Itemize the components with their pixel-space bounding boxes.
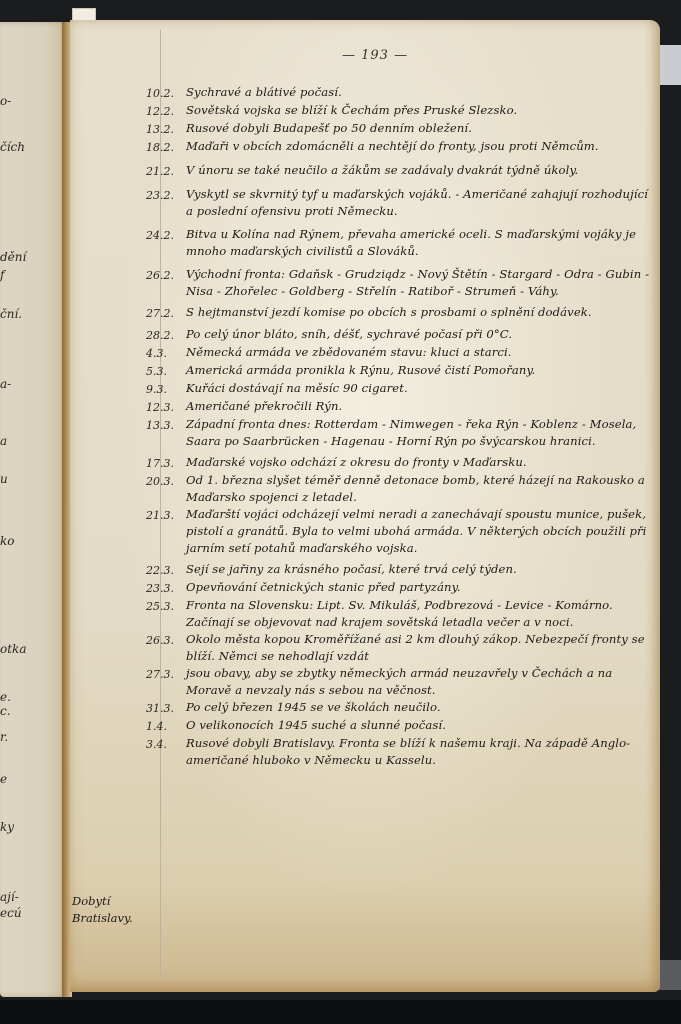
left-page-fragment: e. (0, 690, 11, 704)
page-number: — 193 — (342, 48, 408, 63)
left-page-fragment: ají- (0, 890, 19, 904)
entry-text: Sejí se jařiny za krásného počasí, které… (186, 561, 652, 578)
entry: 27.2.S hejtmanství jezdí komise po obcíc… (146, 304, 652, 322)
left-page: o- čích dění f ční. a- a u ko otka e. c.… (0, 22, 66, 997)
entry-text: Západní fronta dnes: Rotterdam - Nimwege… (186, 416, 652, 450)
left-page-fragment: ky (0, 820, 14, 834)
entry-text: Od 1. března slyšet téměř denně detonace… (186, 472, 652, 506)
margin-note-line: Bratislavy. (72, 910, 142, 927)
entry: 23.3.Opevňování četnických stanic před p… (146, 579, 652, 597)
entry-date: 27.3. (146, 665, 186, 683)
entry-date: 3.4. (146, 735, 186, 753)
entry: 25.3.Fronta na Slovensku: Lipt. Sv. Miku… (146, 597, 652, 631)
entry: 17.3.Maďarské vojsko odchází z okresu do… (146, 454, 652, 472)
entry-date: 17.3. (146, 454, 186, 472)
left-page-fragment: r. (0, 730, 8, 744)
entry-text: Po celý únor bláto, sníh, déšť, sychravé… (186, 326, 652, 343)
left-page-fragment: a (0, 434, 7, 448)
entry-text: jsou obavy, aby se zbytky německých armá… (186, 665, 652, 699)
entry-text: Maďarští vojáci odcházejí velmi neradi a… (186, 506, 652, 557)
left-page-fragment: f (0, 268, 4, 282)
left-page-fragment: c. (0, 704, 11, 718)
entry: 10.2.Sychravé a blátivé počasí. (146, 84, 652, 102)
chronicle-entries: 10.2.Sychravé a blátivé počasí. 12.2.Sov… (146, 84, 652, 769)
entry: 21.3.Maďarští vojáci odcházejí velmi ner… (146, 506, 652, 557)
entry: 9.3.Kuřáci dostávají na měsíc 90 cigaret… (146, 380, 652, 398)
left-page-fragment: u (0, 472, 8, 486)
entry-date: 27.2. (146, 304, 186, 322)
entry-text: Američané překročili Rýn. (186, 398, 652, 415)
entry-date: 13.3. (146, 416, 186, 434)
entry-date: 23.3. (146, 579, 186, 597)
left-page-fragment: ecú (0, 906, 22, 920)
entry-text: O velikonocích 1945 suché a slunné počas… (186, 717, 652, 734)
left-page-fragment: ční. (0, 307, 22, 321)
entry-date: 1.4. (146, 717, 186, 735)
entry-date: 31.3. (146, 699, 186, 717)
entry-text: Opevňování četnických stanic před partyz… (186, 579, 652, 596)
left-page-fragment: o- (0, 94, 11, 108)
entry-text: Okolo města kopou Kroměřížané asi 2 km d… (186, 631, 652, 665)
entry-text: Maďarské vojsko odchází z okresu do fron… (186, 454, 652, 471)
entry: 3.4.Rusové dobyli Bratislavy. Fronta se … (146, 735, 652, 769)
entry: 26.2.Východní fronta: Gdaňsk - Grudziądz… (146, 266, 652, 300)
entry: 23.2.Vyskytl se skvrnitý tyf u maďarskýc… (146, 186, 652, 220)
entry: 12.2.Sovětská vojska se blíží k Čechám p… (146, 102, 652, 120)
entry-text: Německá armáda ve zbědovaném stavu: kluc… (186, 344, 652, 361)
entry-date: 21.2. (146, 162, 186, 180)
entry-date: 21.3. (146, 506, 186, 524)
entry: 20.3.Od 1. března slyšet téměř denně det… (146, 472, 652, 506)
margin-note-line: Dobytí (72, 893, 142, 910)
right-page: — 193 — Dobytí Bratislavy. 10.2.Sychravé… (70, 20, 660, 992)
entry-text: Po celý březen 1945 se ve školách neučil… (186, 699, 652, 716)
entry-text: V únoru se také neučilo a žákům se zadáv… (186, 162, 652, 179)
entry-date: 12.3. (146, 398, 186, 416)
entry: 5.3.Americká armáda pronikla k Rýnu, Rus… (146, 362, 652, 380)
entry: 28.2.Po celý únor bláto, sníh, déšť, syc… (146, 326, 652, 344)
entry: 26.3.Okolo města kopou Kroměřížané asi 2… (146, 631, 652, 665)
entry-text: Maďaři v obcích zdomácněli a nechtějí do… (186, 138, 652, 155)
left-page-fragment: a- (0, 377, 11, 391)
entry-date: 18.2. (146, 138, 186, 156)
entry-date: 26.3. (146, 631, 186, 649)
entry-date: 10.2. (146, 84, 186, 102)
entry-date: 26.2. (146, 266, 186, 284)
entry: 13.3.Západní fronta dnes: Rotterdam - Ni… (146, 416, 652, 450)
entry-date: 20.3. (146, 472, 186, 490)
margin-note: Dobytí Bratislavy. (72, 893, 142, 927)
entry-text: Sychravé a blátivé počasí. (186, 84, 652, 101)
entry-date: 22.3. (146, 561, 186, 579)
entry: 22.3.Sejí se jařiny za krásného počasí, … (146, 561, 652, 579)
entry: 13.2.Rusové dobyli Budapešť po 50 denním… (146, 120, 652, 138)
entry-date: 9.3. (146, 380, 186, 398)
entry-text: Vyskytl se skvrnitý tyf u maďarských voj… (186, 186, 652, 220)
entry-date: 12.2. (146, 102, 186, 120)
entry: 27.3.jsou obavy, aby se zbytky německých… (146, 665, 652, 699)
entry: 31.3.Po celý březen 1945 se ve školách n… (146, 699, 652, 717)
entry-text: Fronta na Slovensku: Lipt. Sv. Mikuláš, … (186, 597, 652, 631)
entry-date: 4.3. (146, 344, 186, 362)
background-bottom (0, 1000, 681, 1024)
entry: 12.3.Američané překročili Rýn. (146, 398, 652, 416)
entry: 21.2.V únoru se také neučilo a žákům se … (146, 162, 652, 180)
left-page-fragment: e (0, 772, 7, 786)
left-page-fragment: otka (0, 642, 26, 656)
left-page-fragment: dění (0, 250, 26, 264)
entry-date: 13.2. (146, 120, 186, 138)
entry-text: Rusové dobyli Budapešť po 50 denním oble… (186, 120, 652, 137)
entry: 18.2.Maďaři v obcích zdomácněli a nechtě… (146, 138, 652, 156)
entry: 24.2.Bitva u Kolína nad Rýnem, převaha a… (146, 226, 652, 260)
entry-text: Kuřáci dostávají na měsíc 90 cigaret. (186, 380, 652, 397)
entry-date: 23.2. (146, 186, 186, 204)
left-page-fragment: ko (0, 534, 15, 548)
entry-date: 28.2. (146, 326, 186, 344)
left-page-fragment: čích (0, 140, 25, 154)
entry-date: 24.2. (146, 226, 186, 244)
entry-text: Rusové dobyli Bratislavy. Fronta se blíž… (186, 735, 652, 769)
entry-text: Východní fronta: Gdaňsk - Grudziądz - No… (186, 266, 652, 300)
entry-text: S hejtmanství jezdí komise po obcích s p… (186, 304, 652, 321)
entry-text: Americká armáda pronikla k Rýnu, Rusové … (186, 362, 652, 379)
entry-date: 25.3. (146, 597, 186, 615)
entry-text: Sovětská vojska se blíží k Čechám přes P… (186, 102, 652, 119)
entry: 4.3.Německá armáda ve zbědovaném stavu: … (146, 344, 652, 362)
entry: 1.4.O velikonocích 1945 suché a slunné p… (146, 717, 652, 735)
entry-text: Bitva u Kolína nad Rýnem, převaha americ… (186, 226, 652, 260)
entry-date: 5.3. (146, 362, 186, 380)
